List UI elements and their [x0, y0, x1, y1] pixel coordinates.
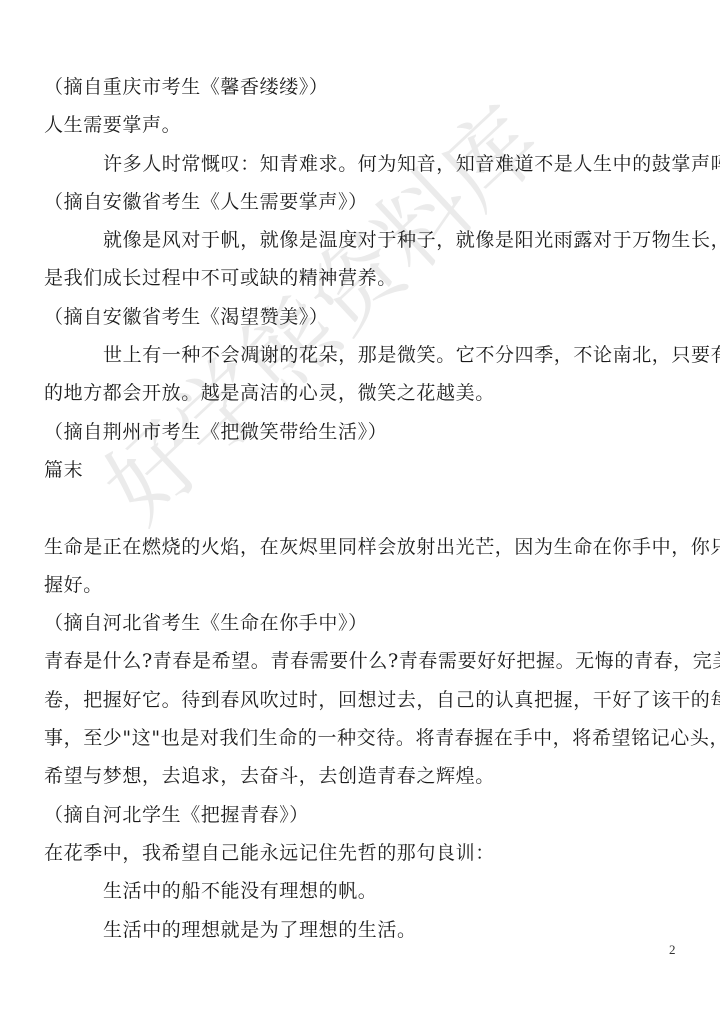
paragraph-line: 卷，把握好它。待到春风吹过时，回想过去，自己的认真把握，干好了该干的每一件 [44, 681, 684, 719]
paragraph-line: 世上有一种不会凋谢的花朵，那是微笑。它不分四季，不论南北，只要有人群 [44, 336, 684, 374]
citation-line: （摘自重庆市考生《馨香缕缕》） [44, 68, 684, 106]
document-body: （摘自重庆市考生《馨香缕缕》） 人生需要掌声。 许多人时常慨叹：知青难求。何为知… [44, 68, 684, 949]
paragraph-line: 是我们成长过程中不可或缺的精神营养。 [44, 259, 684, 297]
citation-line: （摘自河北学生《把握青春》） [44, 796, 684, 834]
citation-line: （摘自河北省考生《生命在你手中》） [44, 604, 684, 642]
section-heading: 篇末 [44, 451, 684, 489]
text-line: 人生需要掌声。 [44, 106, 684, 144]
paragraph-line: 许多人时常慨叹：知青难求。何为知音，知音难道不是人生中的鼓掌声吗？ [44, 145, 684, 183]
paragraph-line: 的地方都会开放。越是高洁的心灵，微笑之花越美。 [44, 374, 684, 412]
quote-line: 生活中的船不能没有理想的帆。 [44, 872, 684, 910]
paragraph-line: 就像是风对于帆，就像是温度对于种子，就像是阳光雨露对于万物生长，赞美 [44, 221, 684, 259]
paragraph-line: 青春是什么?青春是希望。青春需要什么?青春需要好好把握。无悔的青春，完美的答 [44, 642, 684, 680]
page-number: 2 [669, 942, 676, 958]
citation-line: （摘自安徽省考生《渴望赞美》） [44, 298, 684, 336]
paragraph-line: 事，至少"这"也是对我们生命的一种交待。将青春握在手中，将希望铭记心头，带着 [44, 719, 684, 757]
citation-line: （摘自安徽省考生《人生需要掌声》） [44, 183, 684, 221]
paragraph-line: 希望与梦想，去追求，去奋斗，去创造青春之辉煌。 [44, 757, 684, 795]
citation-line: （摘自荆州市考生《把微笑带给生活》） [44, 413, 684, 451]
document-page: 好学熊资料库 （摘自重庆市考生《馨香缕缕》） 人生需要掌声。 许多人时常慨叹：知… [0, 0, 720, 1018]
paragraph-line: 握好。 [44, 566, 684, 604]
paragraph-line: 生命是正在燃烧的火焰，在灰烬里同样会放射出光芒，因为生命在你手中，你只要把 [44, 528, 684, 566]
blank-line [44, 489, 684, 527]
paragraph-line: 在花季中，我希望自己能永远记住先哲的那句良训： [44, 834, 684, 872]
quote-line: 生活中的理想就是为了理想的生活。 [44, 911, 684, 949]
